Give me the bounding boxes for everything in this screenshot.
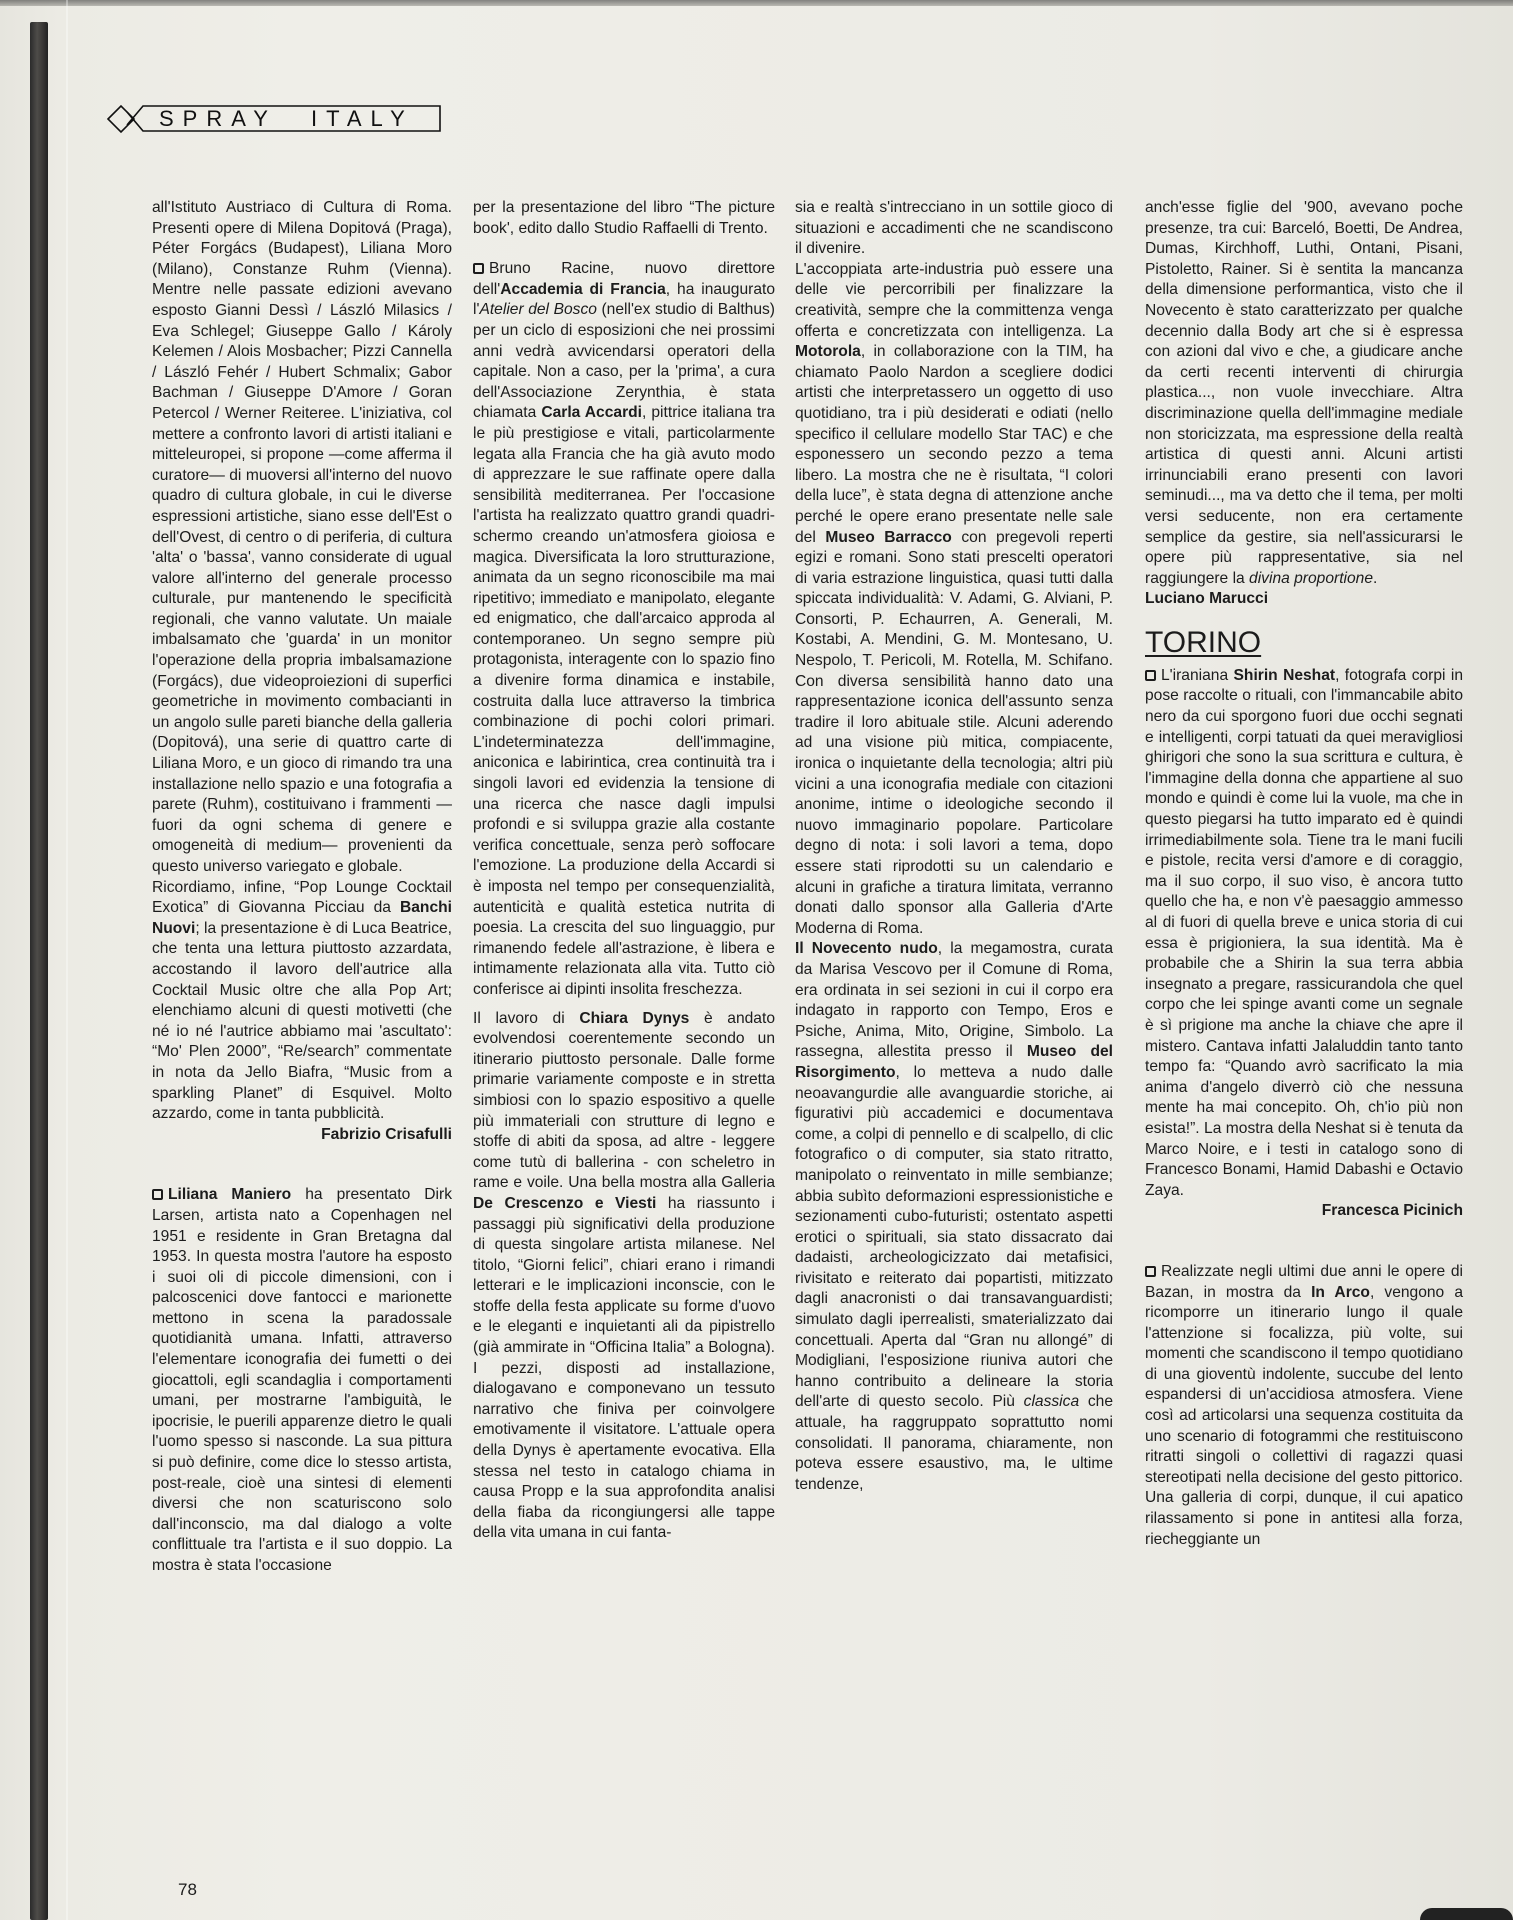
paragraph: Ricordiamo, infine, “Pop Lounge Cocktail…: [152, 878, 452, 1125]
magazine-page: SPRAY ITALY all'Istituto Austriaco di Cu…: [0, 0, 1513, 1920]
article-column-1: all'Istituto Austriaco di Cultura di Rom…: [152, 198, 452, 1577]
checkbox-bullet-icon: [1145, 670, 1156, 681]
paragraph: sia e realtà s'intrecciano in un sottile…: [795, 198, 1113, 260]
author-signature: Luciano Marucci: [1145, 589, 1463, 610]
page-corner-shadow: [1420, 1908, 1513, 1920]
paragraph: Liliana Maniero ha presentato Dirk Larse…: [152, 1185, 452, 1576]
article-column-4: anch'esse figlie del '900, avevano poche…: [1145, 198, 1463, 1550]
paragraph: per la presentazione del libro “The pict…: [473, 198, 775, 239]
gallery-name: Liliana Maniero: [168, 1186, 291, 1203]
paragraph: Bruno Racine, nuovo direttore dell'Accad…: [473, 259, 775, 1000]
header-word-italy: ITALY: [311, 105, 414, 133]
checkbox-bullet-icon: [152, 1189, 163, 1200]
page-number: 78: [178, 1880, 197, 1900]
paragraph: all'Istituto Austriaco di Cultura di Rom…: [152, 198, 452, 878]
checkbox-bullet-icon: [473, 263, 484, 274]
paragraph: Il Novecento nudo, la megamostra, curata…: [795, 939, 1113, 1495]
paragraph: anch'esse figlie del '900, avevano poche…: [1145, 198, 1463, 589]
article-column-3: sia e realtà s'intrecciano in un sottile…: [795, 198, 1113, 1495]
paragraph: L'accoppiata arte-industria può essere u…: [795, 260, 1113, 940]
page-top-edge-shadow: [0, 0, 1513, 6]
binding-edge-bar: [30, 22, 48, 1920]
paragraph: Il lavoro di Chiara Dynys è andato evolv…: [473, 1009, 775, 1544]
author-signature: Francesca Picinich: [1145, 1201, 1463, 1222]
section-title-torino: TORINO: [1145, 626, 1463, 660]
checkbox-bullet-icon: [1145, 1266, 1156, 1277]
header-title: SPRAY ITALY: [159, 105, 439, 133]
paragraph: L'iraniana Shirin Neshat, fotografa corp…: [1145, 666, 1463, 1201]
article-column-2: per la presentazione del libro “The pict…: [473, 198, 775, 1544]
author-signature: Fabrizio Crisafulli: [152, 1125, 452, 1146]
section-header-logo: SPRAY ITALY: [107, 103, 442, 135]
binding-crease: [66, 0, 68, 1920]
header-word-spray: SPRAY: [159, 105, 277, 133]
paragraph: Realizzate negli ultimi due anni le oper…: [1145, 1262, 1463, 1550]
